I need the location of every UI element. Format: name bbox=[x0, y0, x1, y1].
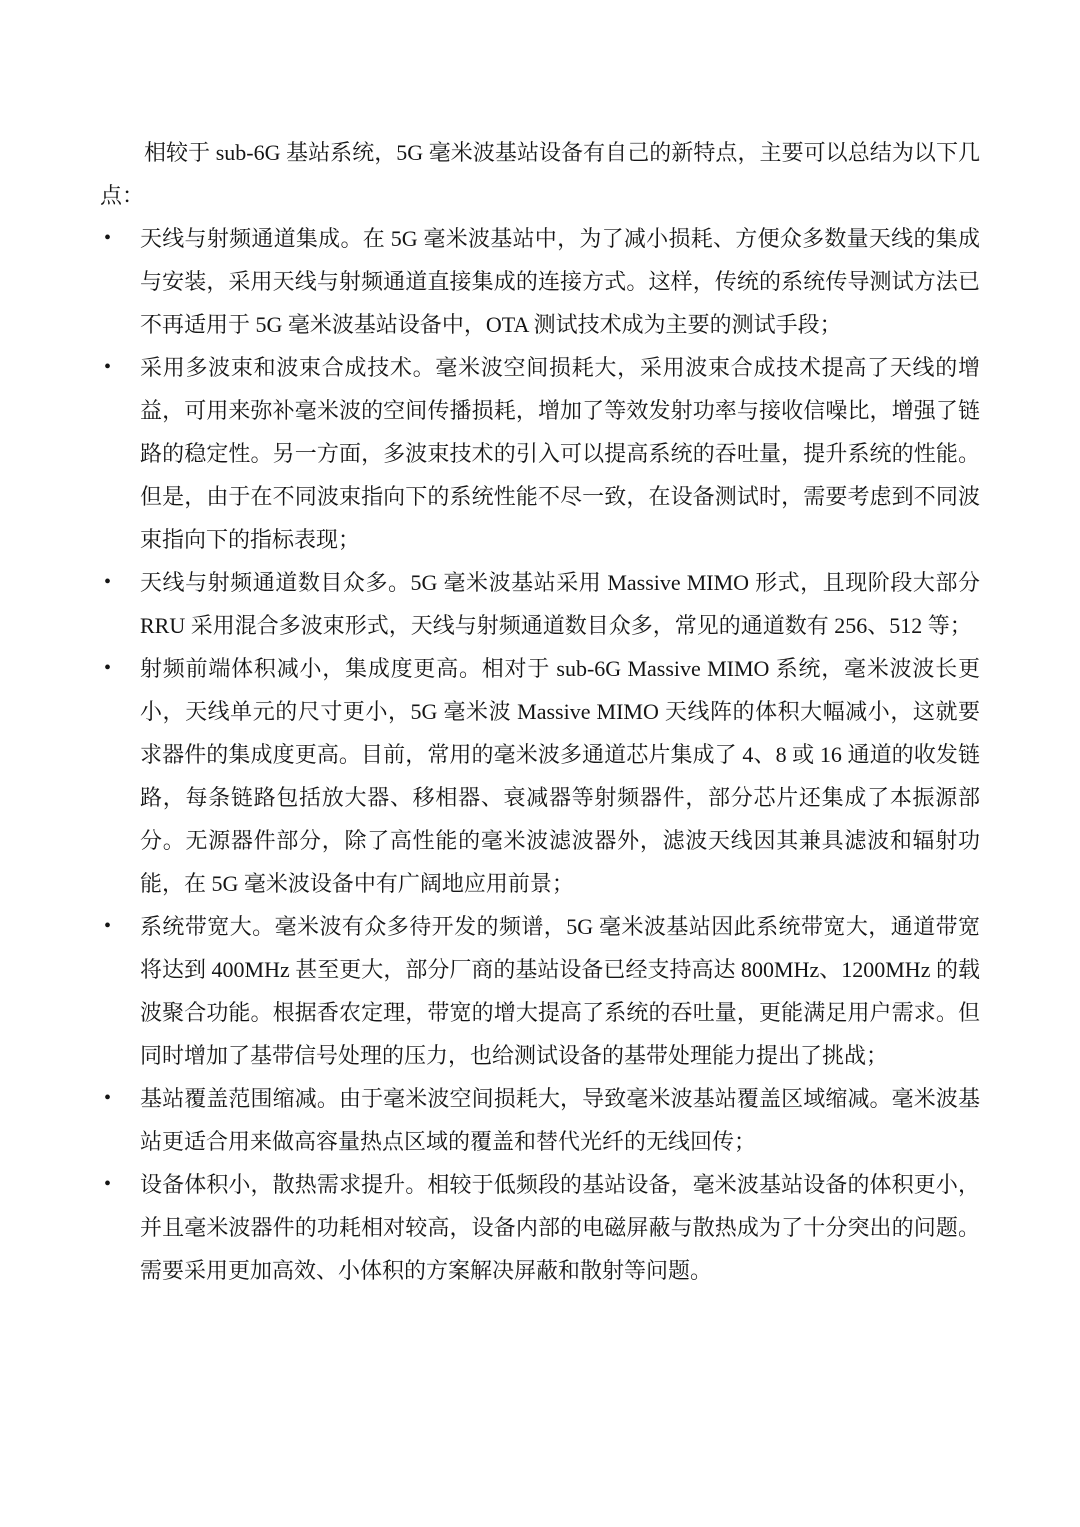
bullet-icon: • bbox=[100, 217, 140, 260]
bullet-item-rf-frontend-size: • 射频前端体积减小，集成度更高。相对于 sub-6G Massive MIMO… bbox=[100, 647, 980, 905]
bullet-icon: • bbox=[100, 1077, 140, 1120]
bullet-item-channel-count: • 天线与射频通道数目众多。5G 毫米波基站采用 Massive MIMO 形式… bbox=[100, 561, 980, 647]
bullet-text: 天线与射频通道数目众多。5G 毫米波基站采用 Massive MIMO 形式，且… bbox=[140, 561, 980, 647]
feature-bullet-list: • 天线与射频通道集成。在 5G 毫米波基站中，为了减小损耗、方便众多数量天线的… bbox=[100, 217, 980, 1292]
bullet-icon: • bbox=[100, 905, 140, 948]
intro-paragraph: 相较于 sub-6G 基站系统，5G 毫米波基站设备有自己的新特点，主要可以总结… bbox=[100, 131, 980, 217]
document-page: 相较于 sub-6G 基站系统，5G 毫米波基站设备有自己的新特点，主要可以总结… bbox=[0, 0, 1080, 1527]
bullet-text: 设备体积小，散热需求提升。相较于低频段的基站设备，毫米波基站设备的体积更小，并且… bbox=[140, 1163, 980, 1292]
bullet-text: 系统带宽大。毫米波有众多待开发的频谱，5G 毫米波基站因此系统带宽大，通道带宽将… bbox=[140, 905, 980, 1077]
bullet-icon: • bbox=[100, 561, 140, 604]
bullet-icon: • bbox=[100, 346, 140, 389]
bullet-item-system-bandwidth: • 系统带宽大。毫米波有众多待开发的频谱，5G 毫米波基站因此系统带宽大，通道带… bbox=[100, 905, 980, 1077]
bullet-text: 基站覆盖范围缩减。由于毫米波空间损耗大，导致毫米波基站覆盖区域缩减。毫米波基站更… bbox=[140, 1077, 980, 1163]
bullet-item-device-size-heat: • 设备体积小，散热需求提升。相较于低频段的基站设备，毫米波基站设备的体积更小，… bbox=[100, 1163, 980, 1292]
bullet-item-antenna-rf-integration: • 天线与射频通道集成。在 5G 毫米波基站中，为了减小损耗、方便众多数量天线的… bbox=[100, 217, 980, 346]
bullet-icon: • bbox=[100, 1163, 140, 1206]
page-content: 相较于 sub-6G 基站系统，5G 毫米波基站设备有自己的新特点，主要可以总结… bbox=[100, 131, 980, 1292]
bullet-text: 采用多波束和波束合成技术。毫米波空间损耗大，采用波束合成技术提高了天线的增益，可… bbox=[140, 346, 980, 561]
bullet-item-multibeam-beamforming: • 采用多波束和波束合成技术。毫米波空间损耗大，采用波束合成技术提高了天线的增益… bbox=[100, 346, 980, 561]
bullet-item-coverage-reduction: • 基站覆盖范围缩减。由于毫米波空间损耗大，导致毫米波基站覆盖区域缩减。毫米波基… bbox=[100, 1077, 980, 1163]
bullet-text: 射频前端体积减小，集成度更高。相对于 sub-6G Massive MIMO 系… bbox=[140, 647, 980, 905]
bullet-text: 天线与射频通道集成。在 5G 毫米波基站中，为了减小损耗、方便众多数量天线的集成… bbox=[140, 217, 980, 346]
bullet-icon: • bbox=[100, 647, 140, 690]
